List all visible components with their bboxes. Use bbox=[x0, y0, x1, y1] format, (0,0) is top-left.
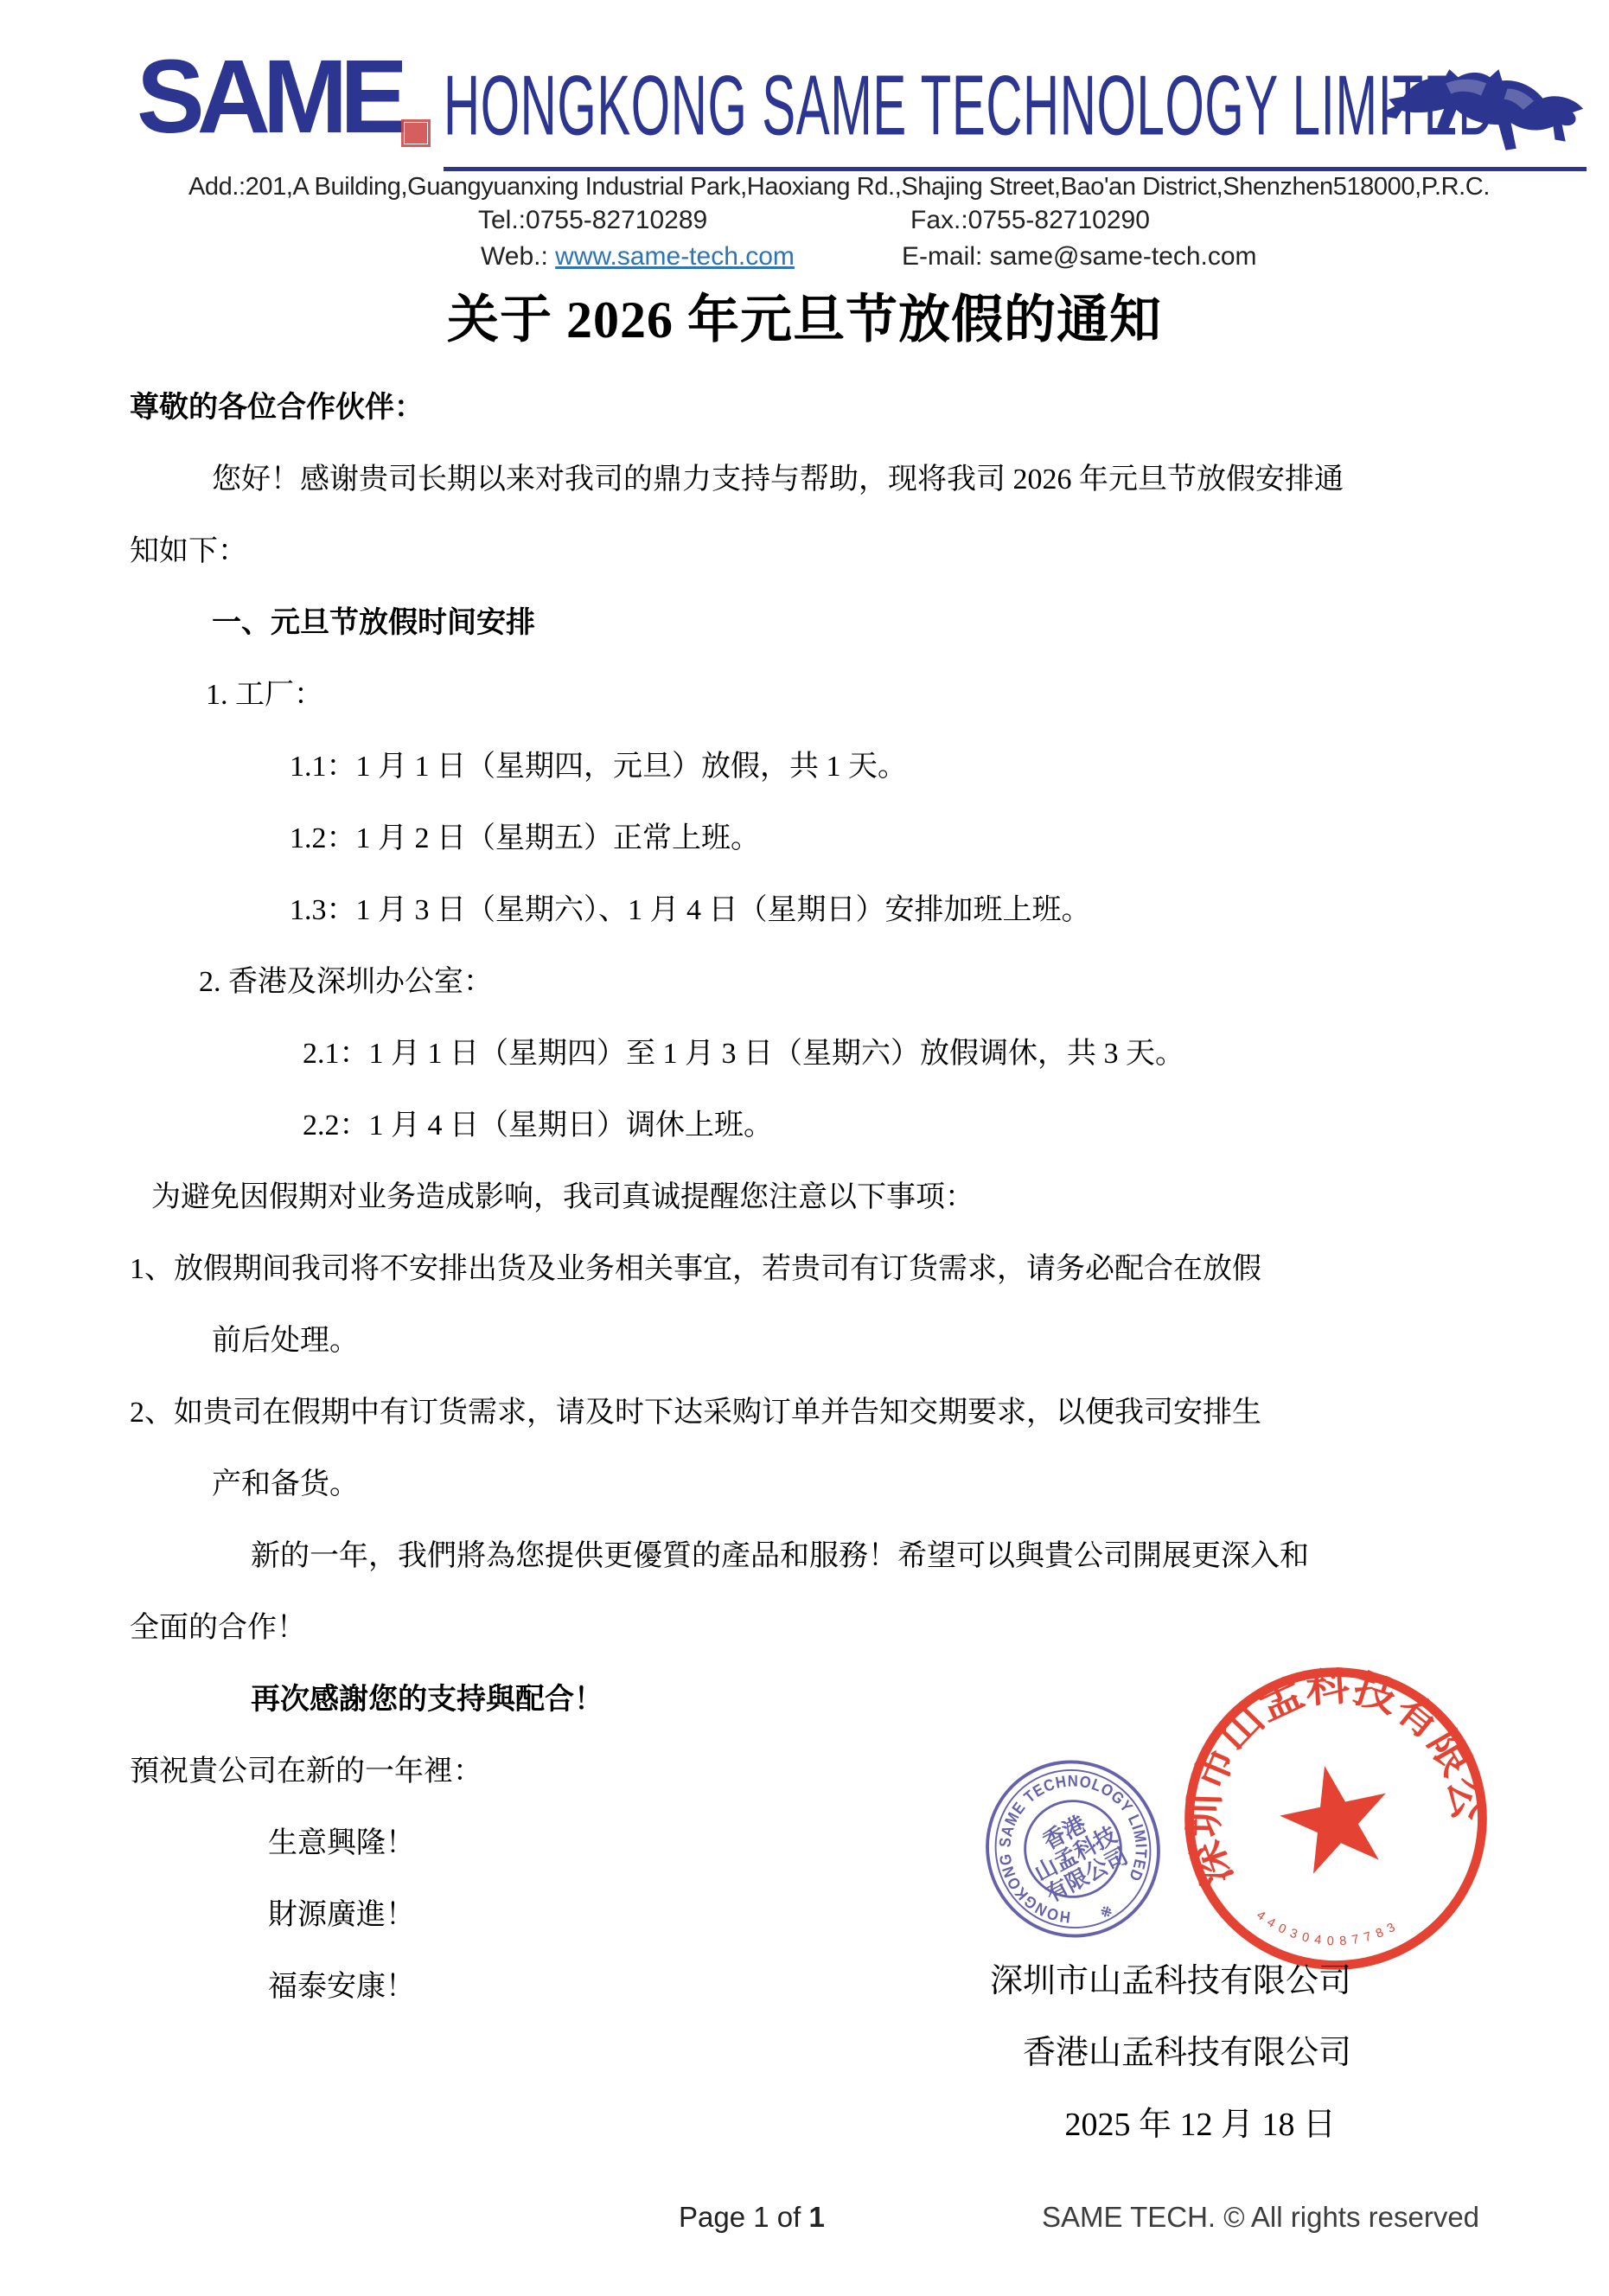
body-line: 知如下： bbox=[130, 515, 1505, 587]
blue-company-stamp: HONGKONG SAME TECHNOLOGY LIMITED 香港 山孟科技… bbox=[982, 1756, 1164, 1942]
body-line: 您好！感谢贵司长期以来对我司的鼎力支持与帮助，现将我司 2026 年元旦节放假安… bbox=[130, 444, 1505, 515]
page-number-total: 1 bbox=[808, 2201, 824, 2233]
red-seal-icon bbox=[401, 119, 431, 147]
body-line: 1.2：1 月 2 日（星期五）正常上班。 bbox=[130, 803, 1505, 874]
page-number-prefix: Page 1 of bbox=[679, 2201, 808, 2233]
body-line: 新的一年，我們將為您提供更優質的產品和服務！希望可以與貴公司開展更深入和 bbox=[130, 1520, 1505, 1592]
red-stamp-ring-text: 深圳市山孟科技有限公司 bbox=[1176, 1659, 1496, 1898]
signature-date: 2025 年 12 月 18 日 bbox=[990, 2089, 1351, 2161]
web-prefix: Web.: bbox=[481, 242, 548, 271]
body-line: 1、放假期间我司将不安排出货及业务相关事宜，若贵司有订货需求，请务必配合在放假 bbox=[130, 1233, 1505, 1305]
company-address: Add.:201,A Building,Guangyuanxing Indust… bbox=[121, 173, 1557, 201]
body-line: 2.2：1 月 4 日（星期日）调休上班。 bbox=[130, 1090, 1505, 1161]
document-title: 关于 2026 年元旦节放假的通知 bbox=[0, 278, 1609, 353]
same-logo: SAME bbox=[137, 45, 400, 149]
body-line: 为避免因假期对业务造成影响，我司真诚提醒您注意以下事项： bbox=[130, 1161, 1505, 1233]
fax-label: Fax.:0755-82710290 bbox=[910, 206, 1150, 235]
body-line: 2. 香港及深圳办公室： bbox=[130, 946, 1505, 1018]
body-line: 2.1：1 月 1 日（星期四）至 1 月 3 日（星期六）放假调休，共 3 天… bbox=[130, 1018, 1505, 1090]
copyright-text: SAME TECH. © All rights reserved bbox=[1042, 2201, 1479, 2234]
tel-label: Tel.:0755-82710289 bbox=[478, 206, 707, 235]
web-label: Web.: www.same-tech.com bbox=[481, 242, 795, 272]
document-page: SAME HONGKONG SAME TECHNOLOGY LIMITED Ad… bbox=[0, 0, 1609, 2296]
red-company-stamp: 深圳市山孟科技有限公司 440304087783 bbox=[1176, 1659, 1496, 1979]
company-name: HONGKONG SAME TECHNOLOGY LIMITED bbox=[444, 55, 1495, 156]
svg-text:深圳市山孟科技有限公司: 深圳市山孟科技有限公司 bbox=[1176, 1659, 1496, 1898]
body-line: 1. 工厂： bbox=[130, 659, 1505, 731]
blue-stamp-mark: ※ bbox=[1098, 1903, 1115, 1922]
body-line: 前后处理。 bbox=[130, 1305, 1505, 1377]
body-line: 1.3：1 月 3 日（星期六）、1 月 4 日（星期日）安排加班上班。 bbox=[130, 874, 1505, 946]
website-link[interactable]: www.same-tech.com bbox=[555, 242, 795, 271]
tiger-logo-icon bbox=[1373, 66, 1589, 163]
body-line: 产和备货。 bbox=[130, 1449, 1505, 1520]
body-line: 1.1：1 月 1 日（星期四，元旦）放假，共 1 天。 bbox=[130, 731, 1505, 803]
signature-company-hongkong: 香港山孟科技有限公司 bbox=[990, 2018, 1351, 2089]
page-number: Page 1 of 1 bbox=[679, 2201, 825, 2234]
header-rule bbox=[444, 167, 1587, 171]
email-label: E-mail: same@same-tech.com bbox=[902, 242, 1257, 272]
body-line: 尊敬的各位合作伙伴： bbox=[130, 372, 1505, 444]
body-line: 全面的合作！ bbox=[130, 1592, 1505, 1664]
body-line: 2、如贵司在假期中有订货需求，请及时下达采购订单并告知交期要求，以便我司安排生 bbox=[130, 1377, 1505, 1449]
body-line: 一、元旦节放假时间安排 bbox=[130, 587, 1505, 659]
